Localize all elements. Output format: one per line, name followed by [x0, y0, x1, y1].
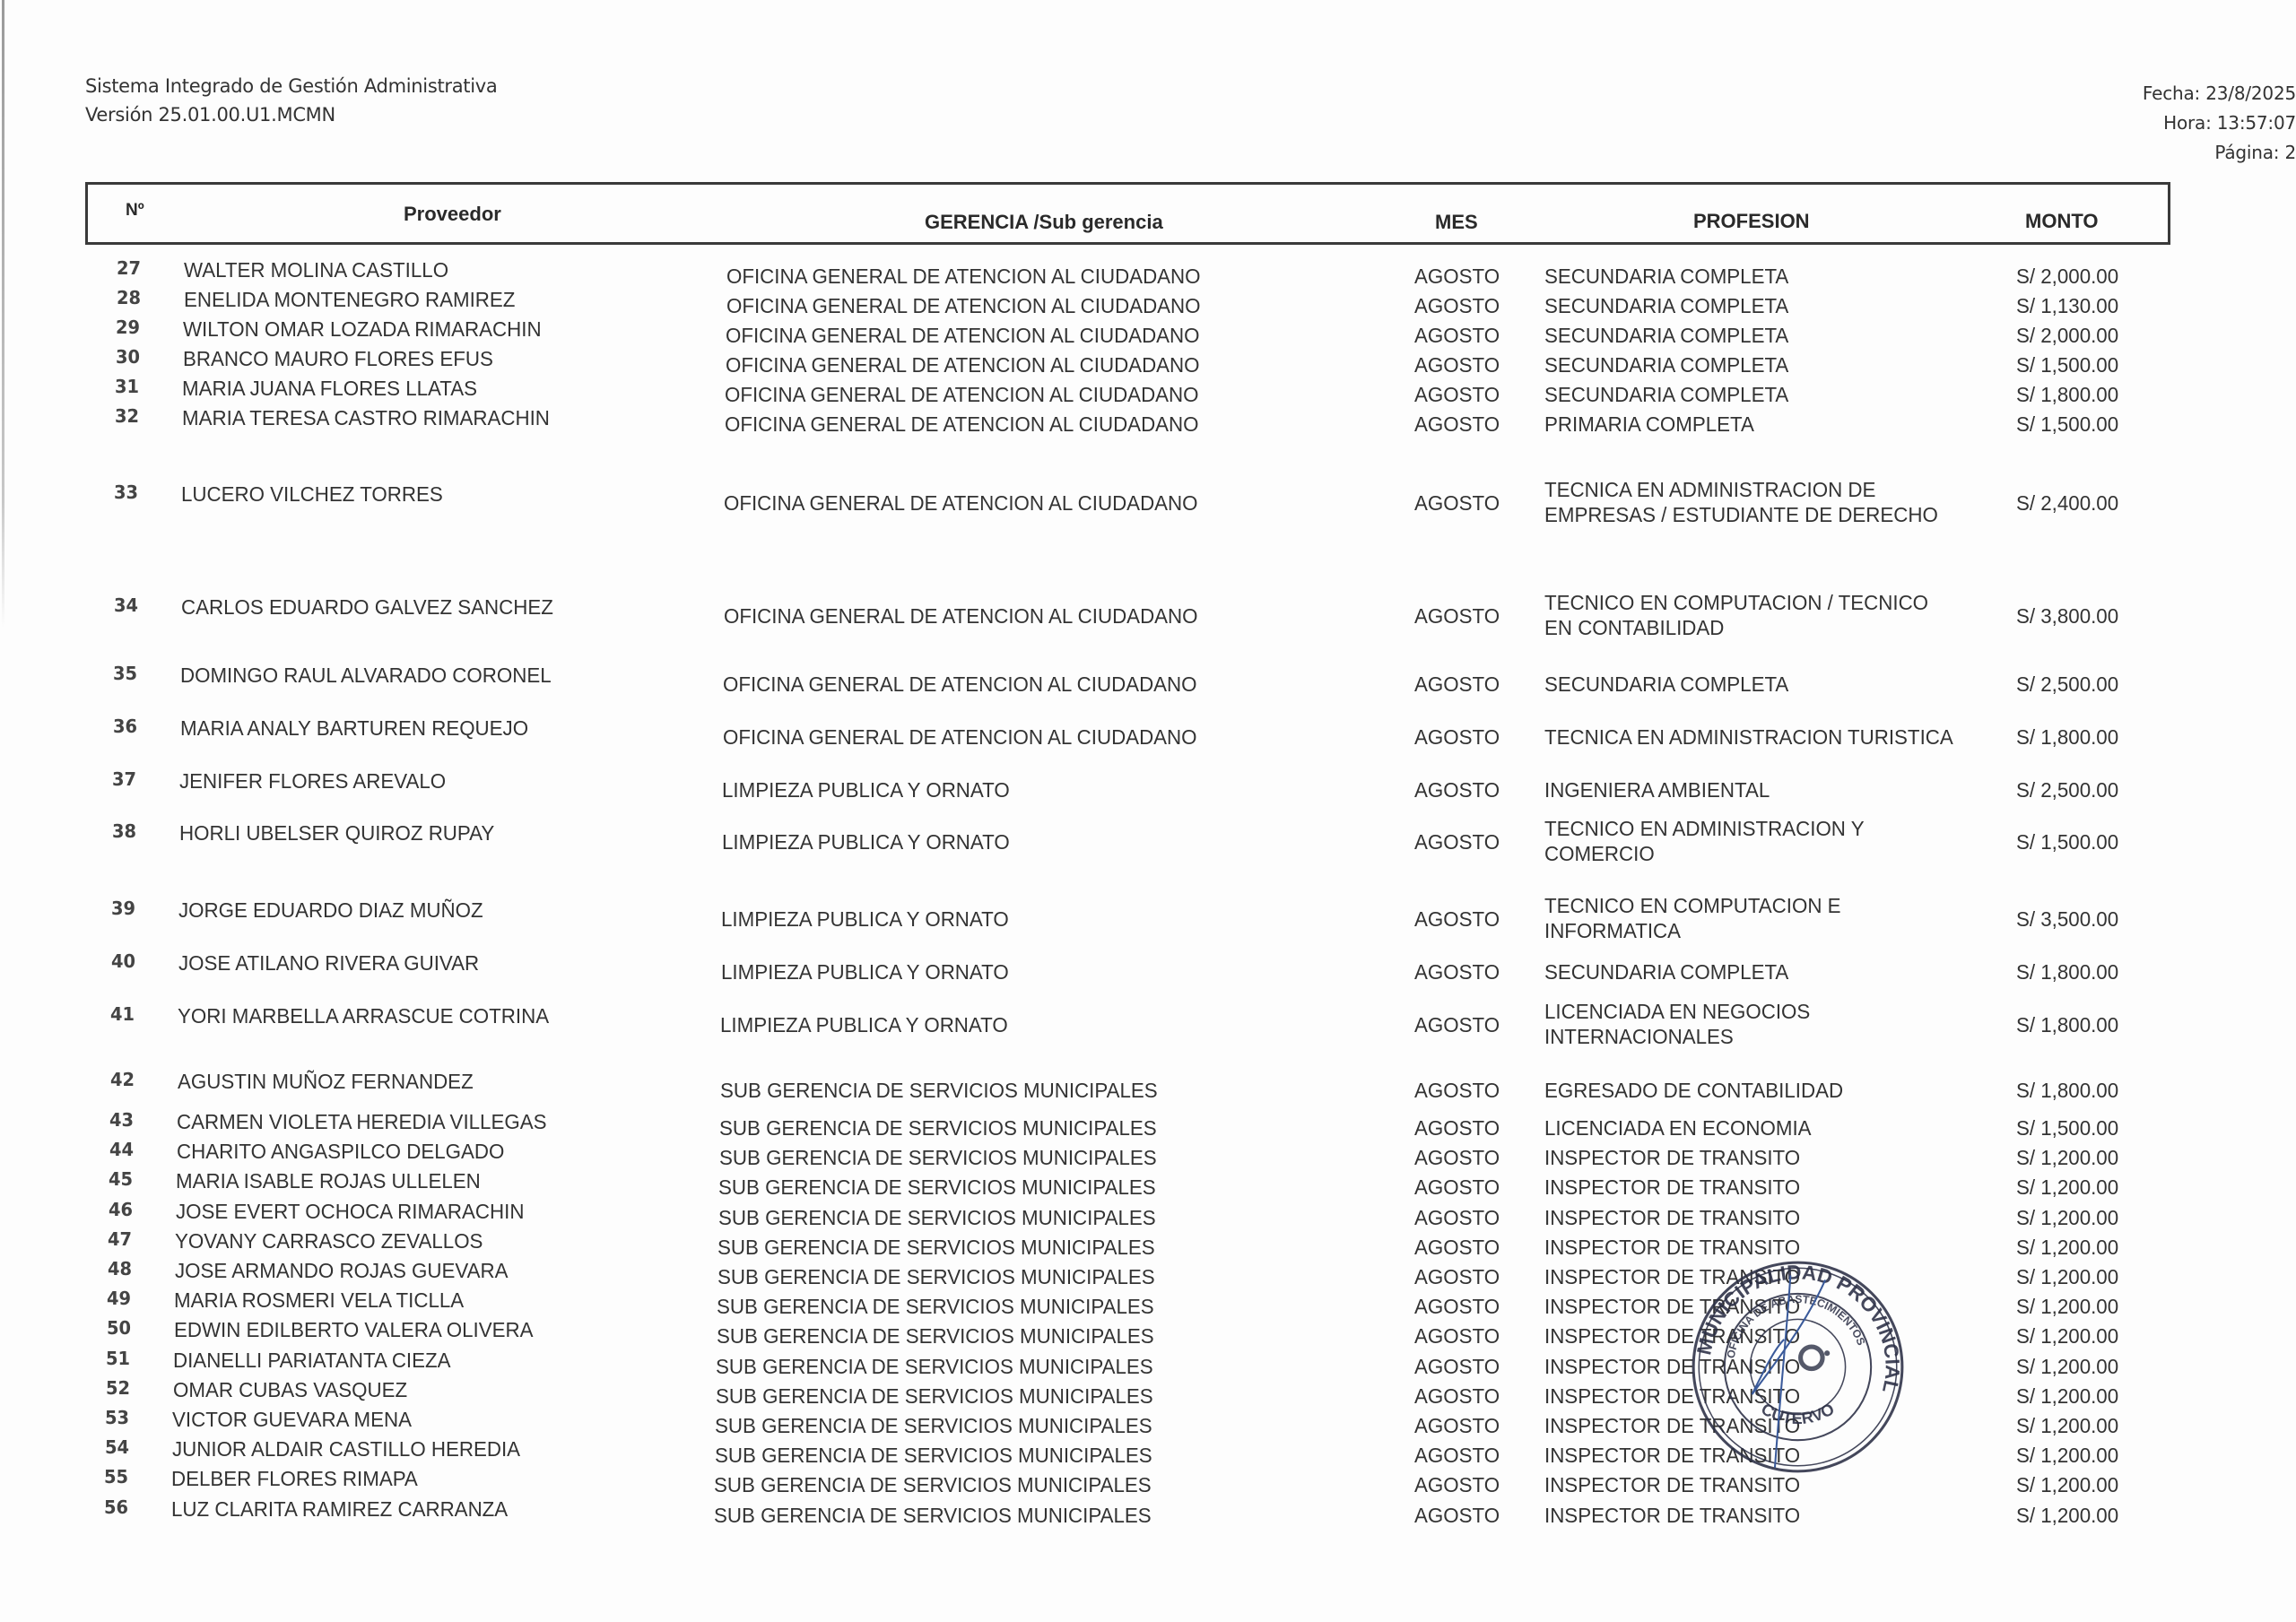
mes-value: AGOSTO — [1414, 1236, 1500, 1260]
profesion-value: INSPECTOR DE TRANSITO — [1544, 1414, 1800, 1438]
gerencia-name: SUB GERENCIA DE SERVICIOS MUNICIPALES — [717, 1265, 1155, 1289]
profesion-value: TECNICO EN COMPUTACION / TECNICO EN CONT… — [1544, 590, 1958, 640]
proveedor-name: CHARITO ANGASPILCO DELGADO — [177, 1140, 504, 1164]
proveedor-name: DIANELLI PARIATANTA CIEZA — [173, 1349, 451, 1373]
row-number: 31 — [115, 376, 139, 397]
row-number: 42 — [110, 1069, 135, 1090]
profesion-value: INSPECTOR DE TRANSITO — [1544, 1295, 1800, 1319]
proveedor-name: JOSE EVERT OCHOCA RIMARACHIN — [176, 1200, 524, 1224]
report-date: Fecha: 23/8/2025 — [2143, 79, 2296, 108]
table-header: Nº Proveedor GERENCIA /Sub gerencia MES … — [85, 182, 2170, 245]
proveedor-name: ENELIDA MONTENEGRO RAMIREZ — [184, 288, 515, 312]
row-number: 55 — [104, 1466, 128, 1488]
gerencia-name: SUB GERENCIA DE SERVICIOS MUNICIPALES — [717, 1295, 1154, 1319]
proveedor-name: WILTON OMAR LOZADA RIMARACHIN — [183, 317, 542, 342]
gerencia-name: LIMPIEZA PUBLICA Y ORNATO — [722, 830, 1010, 854]
mes-value: AGOSTO — [1414, 1079, 1500, 1103]
profesion-value: SECUNDARIA COMPLETA — [1544, 672, 1788, 697]
page-number: Página: 2 — [2143, 138, 2296, 168]
monto-value: S/ 3,800.00 — [2016, 604, 2118, 629]
proveedor-name: BRANCO MAURO FLORES EFUS — [183, 347, 493, 371]
row-number: 44 — [109, 1139, 134, 1160]
mes-value: AGOSTO — [1414, 353, 1500, 377]
mes-value: AGOSTO — [1414, 1116, 1500, 1141]
column-header-mes: MES — [1435, 211, 1478, 234]
gerencia-name: SUB GERENCIA DE SERVICIOS MUNICIPALES — [717, 1236, 1155, 1260]
profesion-value: SECUNDARIA COMPLETA — [1544, 960, 1788, 984]
profesion-value: SECUNDARIA COMPLETA — [1544, 265, 1788, 289]
column-header-profesion: PROFESION — [1693, 210, 1810, 233]
gerencia-name: LIMPIEZA PUBLICA Y ORNATO — [721, 907, 1009, 932]
mes-value: AGOSTO — [1414, 778, 1500, 802]
profesion-value: TECNICO EN COMPUTACION E INFORMATICA — [1544, 893, 1892, 943]
row-number: 48 — [108, 1258, 132, 1279]
monto-value: S/ 1,200.00 — [2016, 1355, 2118, 1379]
gerencia-name: SUB GERENCIA DE SERVICIOS MUNICIPALES — [718, 1175, 1156, 1200]
mes-value: AGOSTO — [1414, 324, 1500, 348]
row-number: 28 — [117, 287, 141, 308]
mes-value: AGOSTO — [1414, 830, 1500, 854]
row-number: 50 — [107, 1317, 131, 1339]
mes-value: AGOSTO — [1414, 1355, 1500, 1379]
monto-value: S/ 1,200.00 — [2016, 1324, 2118, 1349]
mes-value: AGOSTO — [1414, 1146, 1500, 1170]
monto-value: S/ 1,200.00 — [2016, 1444, 2118, 1468]
row-number: 29 — [116, 317, 140, 338]
row-number: 32 — [115, 405, 139, 427]
profesion-value: LICENCIADA EN ECONOMIA — [1544, 1116, 1812, 1141]
proveedor-name: LUZ CLARITA RAMIREZ CARRANZA — [171, 1497, 508, 1522]
row-number: 33 — [114, 481, 138, 503]
gerencia-name: SUB GERENCIA DE SERVICIOS MUNICIPALES — [716, 1384, 1153, 1409]
profesion-value: SECUNDARIA COMPLETA — [1544, 353, 1788, 377]
gerencia-name: SUB GERENCIA DE SERVICIOS MUNICIPALES — [715, 1444, 1152, 1468]
profesion-value: INSPECTOR DE TRANSITO — [1544, 1324, 1800, 1349]
mes-value: AGOSTO — [1414, 1504, 1500, 1528]
profesion-value: INSPECTOR DE TRANSITO — [1544, 1355, 1800, 1379]
monto-value: S/ 1,800.00 — [2016, 1079, 2118, 1103]
row-number: 56 — [104, 1496, 128, 1518]
profesion-value: PRIMARIA COMPLETA — [1544, 412, 1754, 437]
proveedor-name: HORLI UBELSER QUIROZ RUPAY — [179, 821, 494, 846]
proveedor-name: MARIA ISABLE ROJAS ULLELEN — [176, 1169, 481, 1193]
gerencia-name: LIMPIEZA PUBLICA Y ORNATO — [720, 1013, 1008, 1037]
proveedor-name: MARIA TERESA CASTRO RIMARACHIN — [182, 406, 550, 430]
row-number: 37 — [112, 768, 136, 790]
monto-value: S/ 1,200.00 — [2016, 1473, 2118, 1497]
proveedor-name: JOSE ATILANO RIVERA GUIVAR — [178, 951, 479, 976]
proveedor-name: DOMINGO RAUL ALVARADO CORONEL — [180, 664, 552, 688]
column-header-monto: MONTO — [2025, 210, 2098, 233]
gerencia-name: OFICINA GENERAL DE ATENCION AL CIUDADANO — [723, 672, 1197, 697]
mes-value: AGOSTO — [1414, 265, 1500, 289]
mes-value: AGOSTO — [1414, 294, 1500, 318]
profesion-value: INSPECTOR DE TRANSITO — [1544, 1504, 1800, 1528]
profesion-value: INSPECTOR DE TRANSITO — [1544, 1146, 1800, 1170]
mes-value: AGOSTO — [1414, 1384, 1500, 1409]
profesion-value: INGENIERA AMBIENTAL — [1544, 778, 1770, 802]
monto-value: S/ 3,500.00 — [2016, 907, 2118, 932]
gerencia-name: SUB GERENCIA DE SERVICIOS MUNICIPALES — [715, 1414, 1152, 1438]
gerencia-name: OFICINA GENERAL DE ATENCION AL CIUDADANO — [723, 725, 1197, 750]
proveedor-name: AGUSTIN MUÑOZ FERNANDEZ — [178, 1070, 474, 1094]
proveedor-name: CARMEN VIOLETA HEREDIA VILLEGAS — [177, 1110, 546, 1134]
monto-value: S/ 1,200.00 — [2016, 1265, 2118, 1289]
gerencia-name: SUB GERENCIA DE SERVICIOS MUNICIPALES — [717, 1324, 1154, 1349]
monto-value: S/ 1,500.00 — [2016, 1116, 2118, 1141]
monto-value: S/ 1,800.00 — [2016, 1013, 2118, 1037]
document-header-right: Fecha: 23/8/2025 Hora: 13:57:07 Página: … — [2143, 79, 2296, 168]
gerencia-name: SUB GERENCIA DE SERVICIOS MUNICIPALES — [714, 1504, 1152, 1528]
gerencia-name: LIMPIEZA PUBLICA Y ORNATO — [721, 960, 1009, 984]
mes-value: AGOSTO — [1414, 725, 1500, 750]
proveedor-name: JUNIOR ALDAIR CASTILLO HEREDIA — [172, 1437, 520, 1462]
gerencia-name: OFICINA GENERAL DE ATENCION AL CIUDADANO — [726, 324, 1200, 348]
row-number: 40 — [111, 950, 135, 972]
row-number: 38 — [112, 820, 136, 842]
gerencia-name: OFICINA GENERAL DE ATENCION AL CIUDADANO — [726, 265, 1201, 289]
mes-value: AGOSTO — [1414, 1473, 1500, 1497]
mes-value: AGOSTO — [1414, 960, 1500, 984]
mes-value: AGOSTO — [1414, 604, 1500, 629]
proveedor-name: WALTER MOLINA CASTILLO — [184, 258, 448, 282]
monto-value: S/ 2,500.00 — [2016, 672, 2118, 697]
row-number: 49 — [107, 1288, 131, 1309]
monto-value: S/ 1,800.00 — [2016, 383, 2118, 407]
row-number: 34 — [114, 594, 138, 616]
monto-value: S/ 2,000.00 — [2016, 324, 2118, 348]
profesion-value: LICENCIADA EN NEGOCIOS INTERNACIONALES — [1544, 999, 1892, 1049]
proveedor-name: YOVANY CARRASCO ZEVALLOS — [175, 1229, 483, 1253]
profesion-value: INSPECTOR DE TRANSITO — [1544, 1384, 1800, 1409]
profesion-value: SECUNDARIA COMPLETA — [1544, 383, 1788, 407]
profesion-value: TECNICO EN ADMINISTRACION Y COMERCIO — [1544, 816, 1892, 866]
proveedor-name: VICTOR GUEVARA MENA — [172, 1408, 412, 1432]
proveedor-name: JOSE ARMANDO ROJAS GUEVARA — [175, 1259, 508, 1283]
mes-value: AGOSTO — [1414, 1295, 1500, 1319]
row-number: 45 — [109, 1168, 133, 1190]
mes-value: AGOSTO — [1414, 1324, 1500, 1349]
mes-value: AGOSTO — [1414, 491, 1500, 516]
mes-value: AGOSTO — [1414, 1013, 1500, 1037]
row-number: 53 — [105, 1407, 129, 1428]
system-version: Versión 25.01.00.U1.MCMN — [85, 100, 497, 129]
profesion-value: EGRESADO DE CONTABILIDAD — [1544, 1079, 1843, 1103]
mes-value: AGOSTO — [1414, 412, 1500, 437]
proveedor-name: CARLOS EDUARDO GALVEZ SANCHEZ — [181, 595, 553, 620]
monto-value: S/ 1,500.00 — [2016, 412, 2118, 437]
gerencia-name: SUB GERENCIA DE SERVICIOS MUNICIPALES — [714, 1473, 1152, 1497]
column-header-gerencia: GERENCIA /Sub gerencia — [925, 211, 1163, 234]
monto-value: S/ 2,400.00 — [2016, 491, 2118, 516]
proveedor-name: EDWIN EDILBERTO VALERA OLIVERA — [174, 1318, 533, 1342]
row-number: 52 — [106, 1377, 130, 1399]
monto-value: S/ 1,200.00 — [2016, 1504, 2118, 1528]
proveedor-name: JORGE EDUARDO DIAZ MUÑOZ — [178, 898, 483, 923]
row-number: 41 — [110, 1003, 135, 1025]
mes-value: AGOSTO — [1414, 672, 1500, 697]
monto-value: S/ 1,200.00 — [2016, 1175, 2118, 1200]
profesion-value: INSPECTOR DE TRANSITO — [1544, 1444, 1800, 1468]
mes-value: AGOSTO — [1414, 1265, 1500, 1289]
gerencia-name: SUB GERENCIA DE SERVICIOS MUNICIPALES — [718, 1206, 1156, 1230]
profesion-value: INSPECTOR DE TRANSITO — [1544, 1236, 1800, 1260]
row-number: 39 — [111, 898, 135, 919]
gerencia-name: LIMPIEZA PUBLICA Y ORNATO — [722, 778, 1010, 802]
proveedor-name: LUCERO VILCHEZ TORRES — [181, 482, 443, 507]
column-header-proveedor: Proveedor — [404, 203, 501, 226]
monto-value: S/ 1,200.00 — [2016, 1236, 2118, 1260]
monto-value: S/ 2,500.00 — [2016, 778, 2118, 802]
gerencia-name: SUB GERENCIA DE SERVICIOS MUNICIPALES — [719, 1116, 1157, 1141]
monto-value: S/ 1,130.00 — [2016, 294, 2118, 318]
mes-value: AGOSTO — [1414, 1414, 1500, 1438]
profesion-value: INSPECTOR DE TRANSITO — [1544, 1473, 1800, 1497]
mes-value: AGOSTO — [1414, 383, 1500, 407]
report-time: Hora: 13:57:07 — [2143, 108, 2296, 138]
monto-value: S/ 1,800.00 — [2016, 725, 2118, 750]
gerencia-name: OFICINA GENERAL DE ATENCION AL CIUDADANO — [724, 491, 1198, 516]
profesion-value: SECUNDARIA COMPLETA — [1544, 294, 1788, 318]
proveedor-name: YORI MARBELLA ARRASCUE COTRINA — [178, 1004, 549, 1028]
system-name: Sistema Integrado de Gestión Administrat… — [85, 72, 497, 100]
row-number: 30 — [116, 346, 140, 368]
monto-value: S/ 1,200.00 — [2016, 1414, 2118, 1438]
profesion-value: INSPECTOR DE TRANSITO — [1544, 1206, 1800, 1230]
gerencia-name: SUB GERENCIA DE SERVICIOS MUNICIPALES — [720, 1079, 1158, 1103]
row-number: 47 — [108, 1228, 132, 1250]
proveedor-name: MARIA ANALY BARTUREN REQUEJO — [180, 716, 528, 741]
profesion-value: TECNICA EN ADMINISTRACION DE EMPRESAS / … — [1544, 477, 1979, 527]
proveedor-name: MARIA JUANA FLORES LLATAS — [182, 377, 477, 401]
column-header-num: Nº — [126, 201, 144, 221]
mes-value: AGOSTO — [1414, 1444, 1500, 1468]
gerencia-name: SUB GERENCIA DE SERVICIOS MUNICIPALES — [716, 1355, 1153, 1379]
scan-edge — [2, 0, 4, 628]
profesion-value: INSPECTOR DE TRANSITO — [1544, 1175, 1800, 1200]
row-number: 36 — [113, 716, 137, 737]
row-number: 46 — [109, 1199, 133, 1220]
row-number: 54 — [105, 1436, 129, 1458]
gerencia-name: OFICINA GENERAL DE ATENCION AL CIUDADANO — [725, 383, 1199, 407]
gerencia-name: SUB GERENCIA DE SERVICIOS MUNICIPALES — [719, 1146, 1157, 1170]
gerencia-name: OFICINA GENERAL DE ATENCION AL CIUDADANO — [726, 294, 1201, 318]
proveedor-name: DELBER FLORES RIMAPA — [171, 1467, 418, 1491]
monto-value: S/ 1,500.00 — [2016, 830, 2118, 854]
row-number: 51 — [106, 1348, 130, 1369]
proveedor-name: JENIFER FLORES AREVALO — [179, 769, 446, 794]
monto-value: S/ 1,200.00 — [2016, 1206, 2118, 1230]
monto-value: S/ 1,200.00 — [2016, 1146, 2118, 1170]
profesion-value: TECNICA EN ADMINISTRACION TURISTICA — [1544, 725, 1953, 750]
proveedor-name: MARIA ROSMERI VELA TICLLA — [174, 1288, 464, 1313]
mes-value: AGOSTO — [1414, 907, 1500, 932]
mes-value: AGOSTO — [1414, 1175, 1500, 1200]
profesion-value: INSPECTOR DE TRANSITO — [1544, 1265, 1800, 1289]
document-header-left: Sistema Integrado de Gestión Administrat… — [85, 72, 497, 129]
gerencia-name: OFICINA GENERAL DE ATENCION AL CIUDADANO — [725, 412, 1199, 437]
monto-value: S/ 1,200.00 — [2016, 1384, 2118, 1409]
row-number: 43 — [109, 1109, 134, 1131]
monto-value: S/ 1,200.00 — [2016, 1295, 2118, 1319]
monto-value: S/ 1,800.00 — [2016, 960, 2118, 984]
monto-value: S/ 2,000.00 — [2016, 265, 2118, 289]
proveedor-name: OMAR CUBAS VASQUEZ — [173, 1378, 407, 1402]
row-number: 35 — [113, 663, 137, 684]
monto-value: S/ 1,500.00 — [2016, 353, 2118, 377]
row-number: 27 — [117, 257, 141, 279]
profesion-value: SECUNDARIA COMPLETA — [1544, 324, 1788, 348]
gerencia-name: OFICINA GENERAL DE ATENCION AL CIUDADANO — [724, 604, 1198, 629]
gerencia-name: OFICINA GENERAL DE ATENCION AL CIUDADANO — [726, 353, 1200, 377]
mes-value: AGOSTO — [1414, 1206, 1500, 1230]
